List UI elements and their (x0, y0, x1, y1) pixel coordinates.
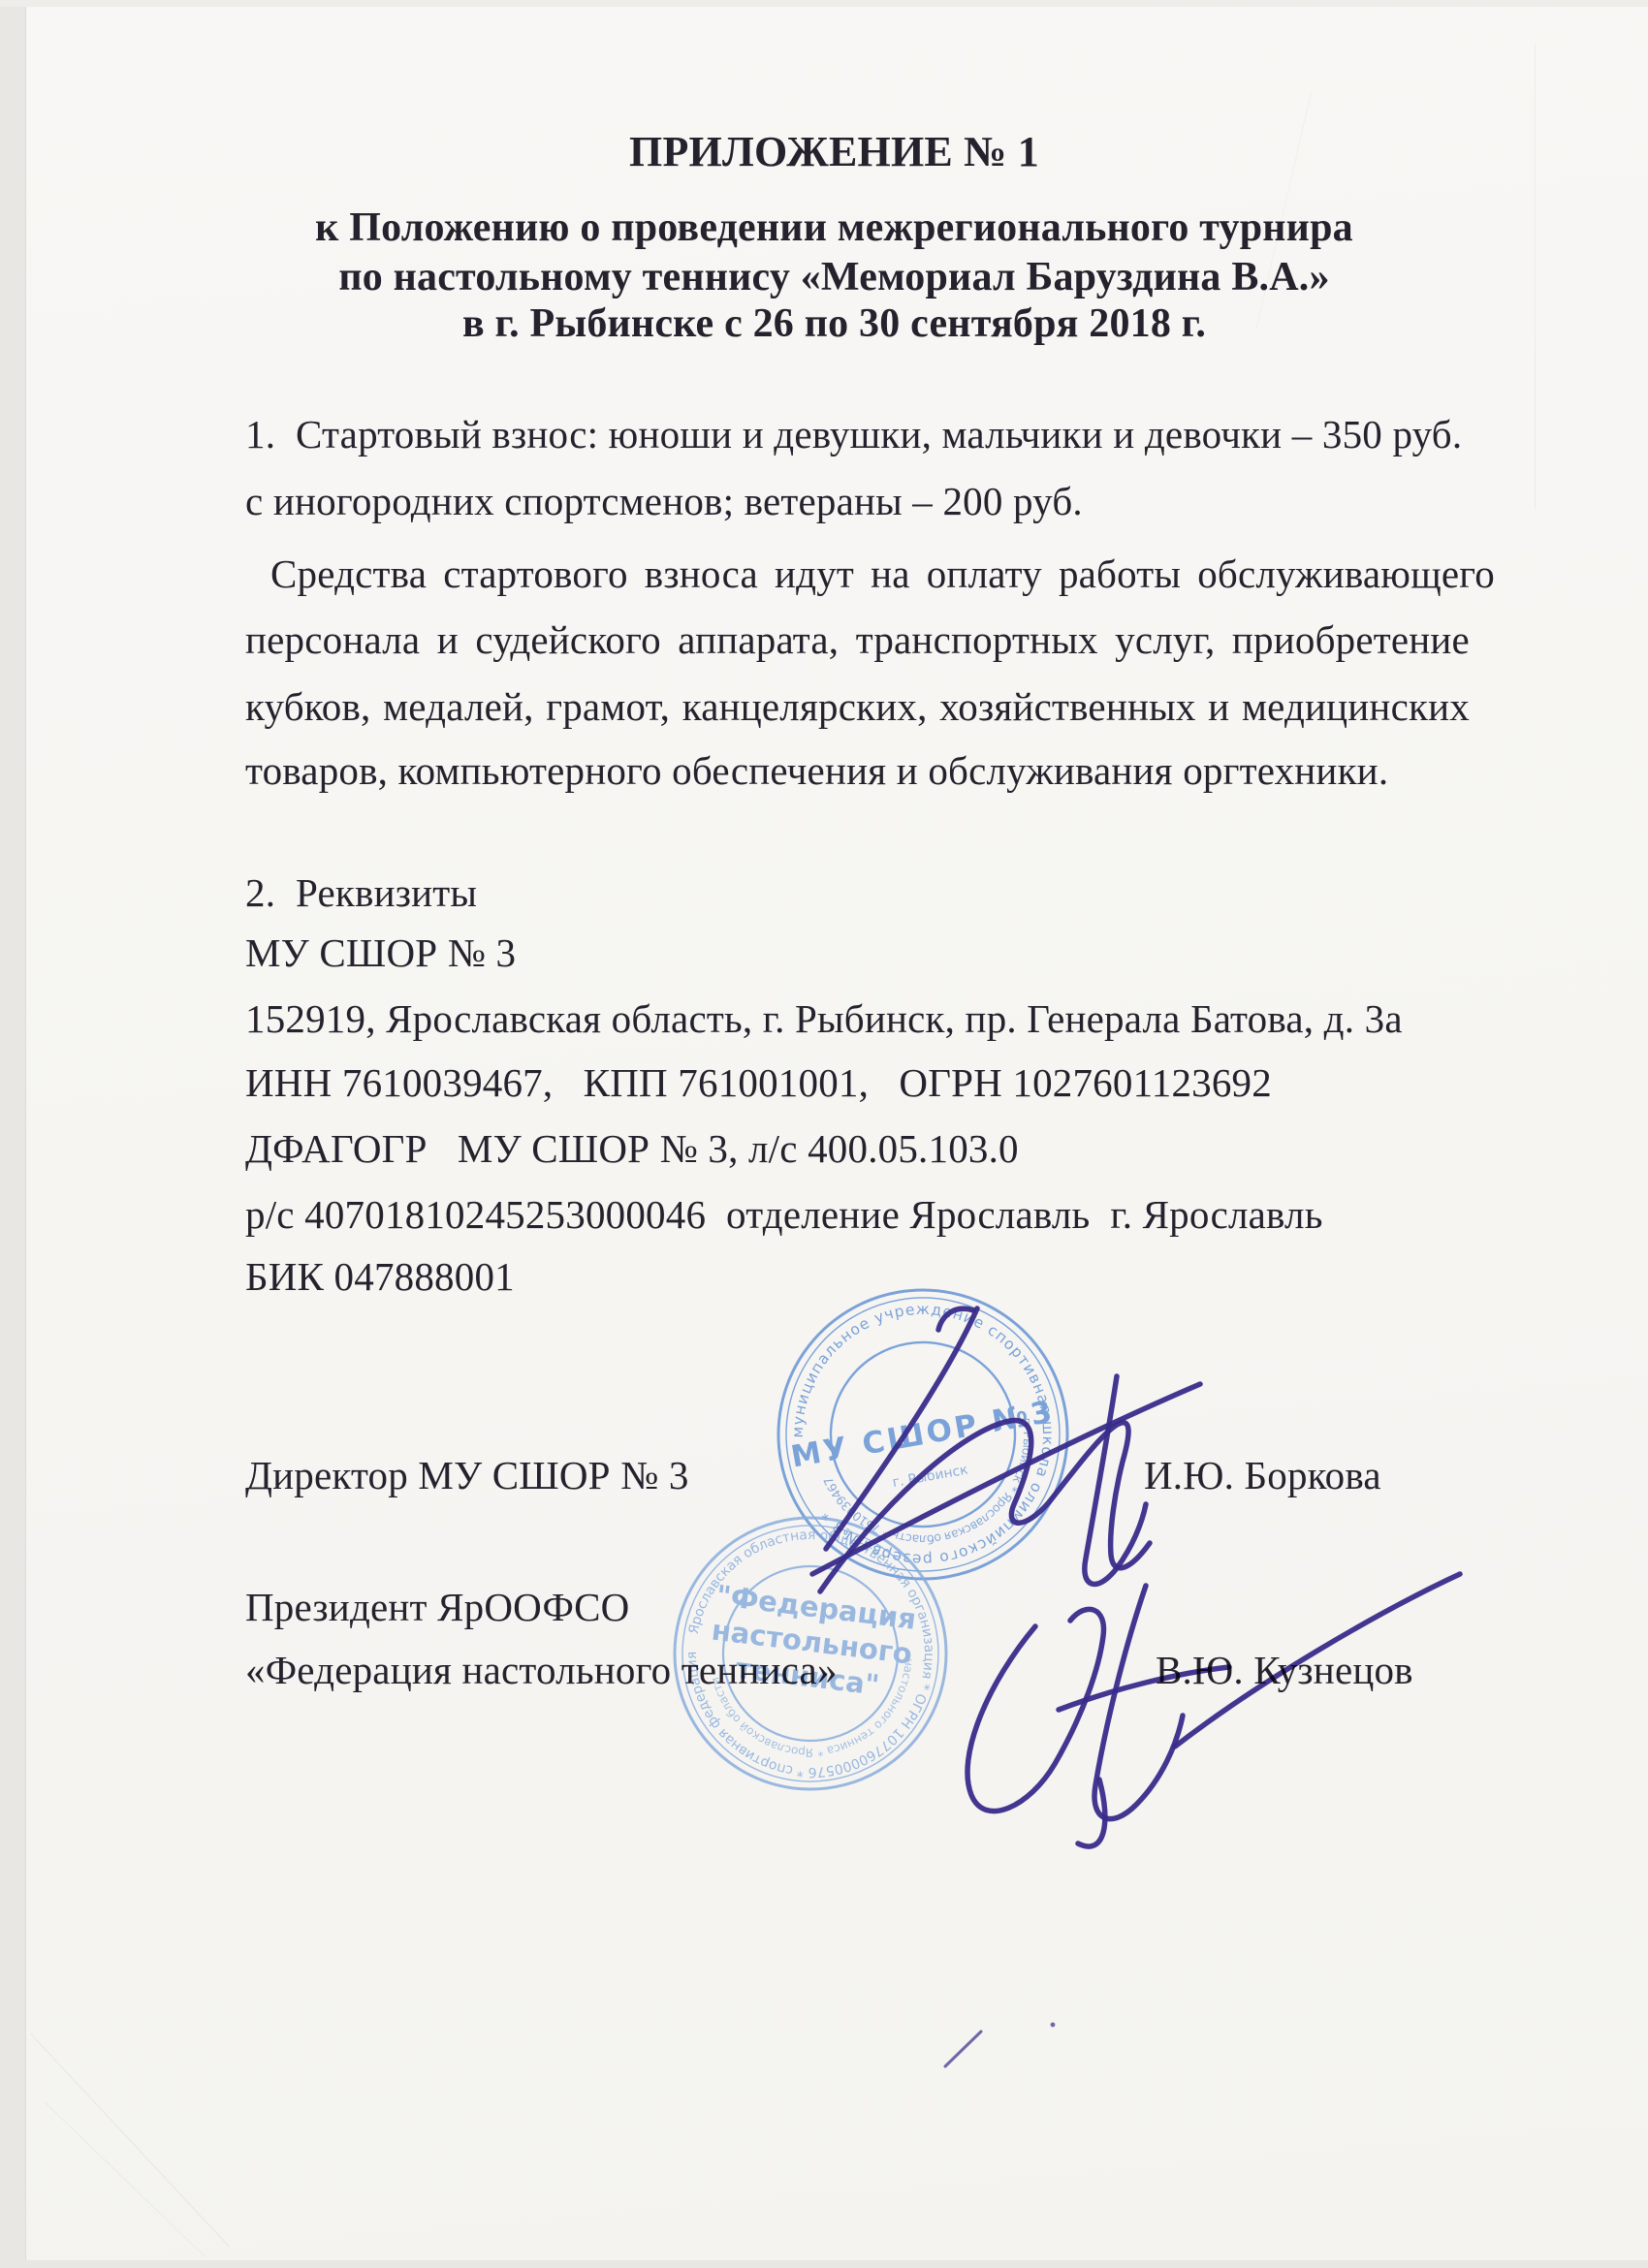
federation-stamp: Ярославская областная общественная орган… (659, 1502, 962, 1805)
scanned-document-page: ПРИЛОЖЕНИЕ № 1 к Положению о проведении … (0, 0, 1648, 2268)
ink-overlay: муниципальное учреждение спортивная школ… (0, 0, 1648, 2268)
stray-ink-marks (945, 2023, 1055, 2066)
president-signature (967, 1574, 1460, 1846)
school-stamp: муниципальное учреждение спортивная школ… (755, 1267, 1090, 1601)
